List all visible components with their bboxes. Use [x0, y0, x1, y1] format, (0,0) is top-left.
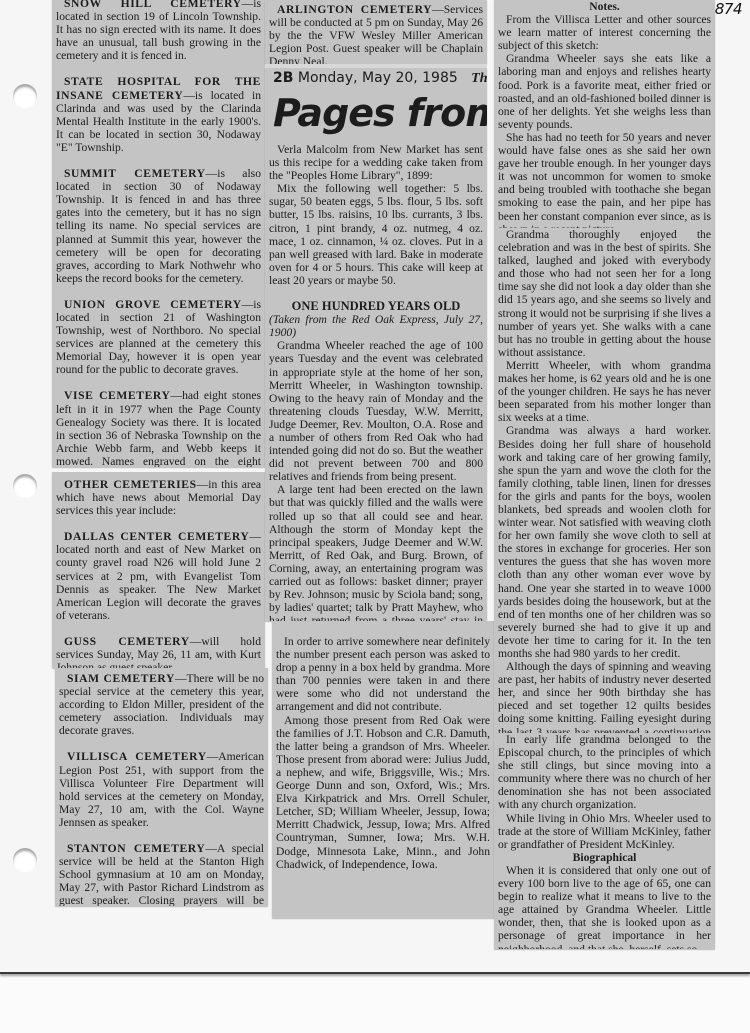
notes-paragraph: Grandma Wheeler says she eats like a lab… — [498, 52, 711, 131]
article-other-cemeteries: OTHER CEMETERIES—in this area which have… — [56, 478, 261, 517]
clipping-cemeteries-part2: OTHER CEMETERIES—in this area which have… — [52, 472, 265, 668]
paper-name: The — [471, 71, 487, 86]
article-snow-hill: SNOW HILL CEMETERY—is located in section… — [56, 0, 261, 62]
biographical-heading: Biographical — [498, 851, 711, 864]
clipping-arlington: ARLINGTON CEMETERY—Services will be cond… — [265, 0, 487, 64]
article-guss: GUSS CEMETERY—will hold services Sunday,… — [56, 635, 261, 668]
article-source: (Taken from the Red Oak Express, July 27… — [269, 313, 483, 339]
clipping-biographical: In early life grandma belonged to the Ep… — [494, 733, 715, 949]
clipping-notes: Notes. From the Villisca Letter and othe… — [494, 0, 715, 228]
clipping-cemeteries-part1: SNOW HILL CEMETERY—is located in section… — [52, 0, 265, 467]
notes-paragraph: In early life grandma belonged to the Ep… — [498, 733, 711, 812]
article-paragraph: Grandma Wheeler reached the age of 100 y… — [269, 339, 483, 483]
clipping-cemeteries-part3: SIAM CEMETERY—There will be no special s… — [55, 668, 268, 906]
article-paragraph: In order to arrive somewhere near defini… — [276, 635, 490, 714]
scrapbook-page: 8874 SNOW HILL CEMETERY—is located in se… — [0, 0, 750, 974]
notes-paragraph: Although the days of spinning and weavin… — [498, 660, 711, 733]
article-paragraph: Among those present from Red Oak were th… — [276, 714, 490, 871]
notes-paragraph: While living in Ohio Mrs. Wheeler used t… — [498, 812, 711, 851]
notes-paragraph: From the Villisca Letter and other sourc… — [498, 13, 711, 52]
binder-hole — [13, 84, 37, 108]
article-villisca: VILLISCA CEMETERY—American Legion Post 2… — [59, 750, 264, 829]
newspaper-masthead: 2B Monday, May 20, 1985 The — [269, 68, 483, 89]
bio-paragraph: When it is considered that only one out … — [498, 864, 711, 949]
clipping-one-hundred-years-old-cont: In order to arrive somewhere near defini… — [272, 621, 494, 918]
notes-paragraph: Grandma thoroughly enjoyed the celebrati… — [498, 228, 711, 359]
article-heading: ONE HUNDRED YEARS OLD — [269, 300, 483, 313]
binder-hole — [13, 474, 37, 498]
article-paragraph: A large tent had been erected on the law… — [269, 483, 483, 621]
article-siam: SIAM CEMETERY—There will be no special s… — [59, 672, 264, 737]
notes-paragraph: Merritt Wheeler, with whom grandma makes… — [498, 359, 711, 424]
article-arlington: ARLINGTON CEMETERY—Services will be cond… — [269, 3, 483, 64]
article-union-grove: UNION GROVE CEMETERY—is located in secti… — [56, 298, 261, 377]
binder-hole — [13, 848, 37, 872]
clipping-notes-cont: Grandma thoroughly enjoyed the celebrati… — [494, 228, 715, 733]
notes-paragraph: Grandma was always a hard worker. Beside… — [498, 424, 711, 660]
article-state-hospital: STATE HOSPITAL FOR THE INSANE CEMETERY—i… — [56, 75, 261, 154]
issue-date: Monday, May 20, 1985 — [298, 70, 458, 86]
recipe-body: Mix the following well together: 5 lbs. … — [269, 182, 483, 287]
clipping-one-hundred-years-old: 2B Monday, May 20, 1985 The Pages from V… — [265, 68, 487, 621]
article-stanton: STANTON CEMETERY—A special service will … — [59, 842, 264, 906]
section-label: 2B — [273, 70, 293, 86]
page-title: Pages from — [269, 89, 483, 137]
notes-paragraph: She has had no teeth for 50 years and ne… — [498, 131, 711, 228]
article-vise: VISE CEMETERY—had eight stones left in i… — [56, 389, 261, 467]
recipe-intro: Verla Malcolm from New Market has sent u… — [269, 143, 483, 182]
article-summit: SUMMIT CEMETERY—is also located in secti… — [56, 167, 261, 285]
article-dallas-center: DALLAS CENTER CEMETERY—located north and… — [56, 530, 261, 622]
notes-heading: Notes. — [498, 0, 711, 13]
